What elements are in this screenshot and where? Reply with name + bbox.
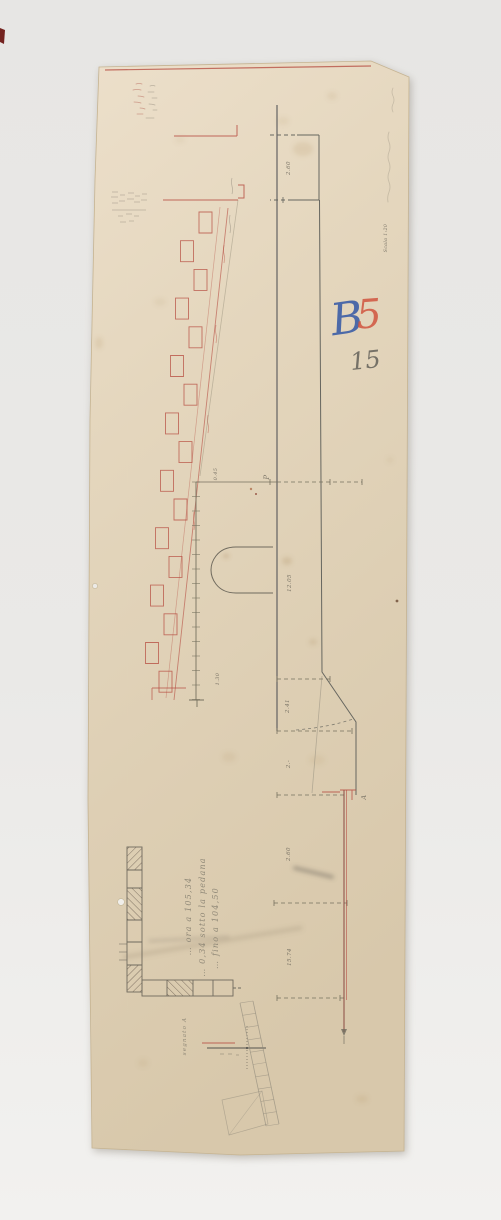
dim-base-upper: 2.41 [285, 699, 291, 714]
detail-label: segnato A [182, 1017, 188, 1055]
marker-p: P [263, 474, 271, 480]
note-line-3: … fino a 104,50 [211, 887, 220, 969]
mount-corner-mark [0, 28, 5, 44]
paper-sheet: Scala 1:20 [88, 61, 409, 1155]
scale-note: Scala 1:20 [383, 224, 389, 252]
drawing-sheet-scan: Scala 1:20 [0, 0, 501, 1220]
dim-foundation: 15.74 [287, 948, 293, 966]
dim-shaft-total: 12.05 [287, 574, 293, 592]
note-line-1: … ora a 105,34 [184, 877, 193, 956]
scan-backdrop: Scala 1:20 [0, 0, 501, 1220]
marker-a: A [360, 794, 368, 800]
classification-number-pencil: 15 [349, 345, 382, 376]
dim-base-mid: 2.- [286, 760, 292, 769]
classification-number-red: 5 [355, 291, 384, 339]
dim-top-block: 2.60 [286, 161, 292, 176]
dim-base-lower: 2.60 [286, 847, 292, 862]
dim-offset-lower: 1.30 [215, 672, 221, 685]
note-line-2: … 0,34 sotto la pedana [198, 857, 207, 977]
dim-offset-upper: 0.45 [213, 468, 219, 481]
